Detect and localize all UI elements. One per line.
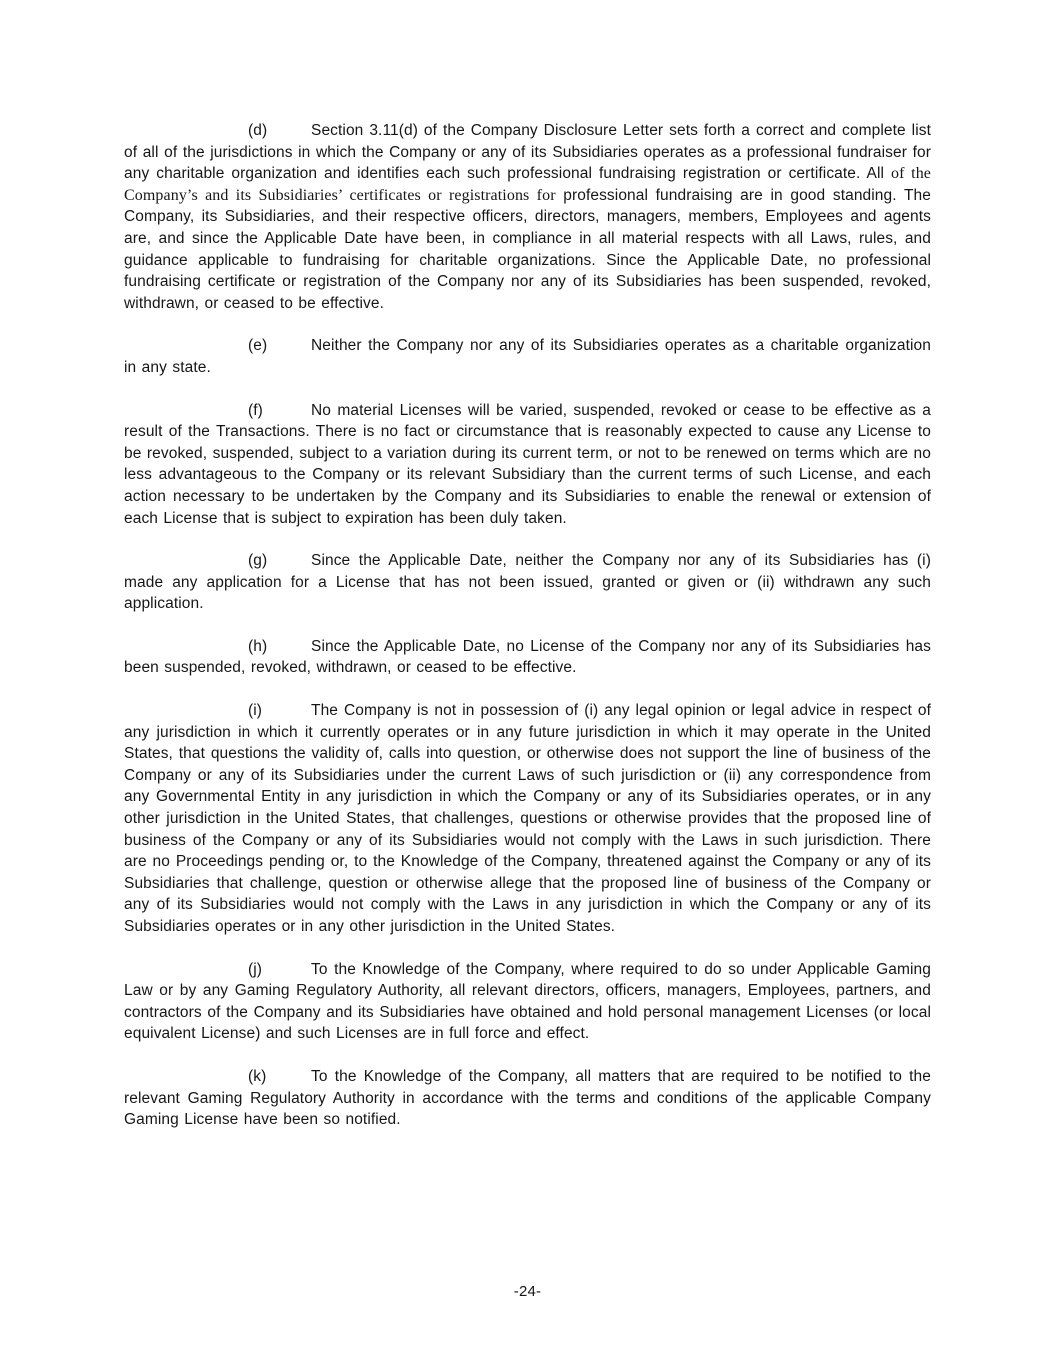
paragraph-text: Since the Applicable Date, no License of… xyxy=(124,638,931,677)
paragraph: (i)The Company is not in possession of (… xyxy=(124,700,931,938)
paragraph-label: (f) xyxy=(248,400,311,422)
paragraph: (h)Since the Applicable Date, no License… xyxy=(124,636,931,679)
paragraph-text: To the Knowledge of the Company, all mat… xyxy=(124,1068,931,1128)
paragraph-label: (i) xyxy=(248,700,311,722)
document-page: (d)Section 3.11(d) of the Company Disclo… xyxy=(0,0,1055,1365)
paragraph: (j)To the Knowledge of the Company, wher… xyxy=(124,959,931,1045)
paragraph: (g)Since the Applicable Date, neither th… xyxy=(124,550,931,615)
paragraph-text: Neither the Company nor any of its Subsi… xyxy=(124,337,931,376)
document-body: (d)Section 3.11(d) of the Company Disclo… xyxy=(124,120,931,1152)
paragraph-label: (h) xyxy=(248,636,311,658)
paragraph-label: (j) xyxy=(248,959,311,981)
paragraph-text: The Company is not in possession of (i) … xyxy=(124,702,931,935)
paragraph-label: (d) xyxy=(248,120,311,142)
paragraph: (d)Section 3.11(d) of the Company Disclo… xyxy=(124,120,931,314)
paragraph-text: Section 3.11(d) of the Company Disclosur… xyxy=(124,122,931,182)
paragraph-label: (g) xyxy=(248,550,311,572)
paragraph-text: No material Licenses will be varied, sus… xyxy=(124,402,931,527)
paragraph-label: (k) xyxy=(248,1066,311,1088)
paragraph-label: (e) xyxy=(248,335,311,357)
paragraph-text: professional fundraising are in good sta… xyxy=(124,187,931,312)
paragraph: (f)No material Licenses will be varied, … xyxy=(124,400,931,530)
paragraph-text: Since the Applicable Date, neither the C… xyxy=(124,552,931,612)
paragraph-text: To the Knowledge of the Company, where r… xyxy=(124,961,931,1043)
paragraph: (k)To the Knowledge of the Company, all … xyxy=(124,1066,931,1131)
page-number: -24- xyxy=(0,1283,1055,1300)
paragraph: (e)Neither the Company nor any of its Su… xyxy=(124,335,931,378)
